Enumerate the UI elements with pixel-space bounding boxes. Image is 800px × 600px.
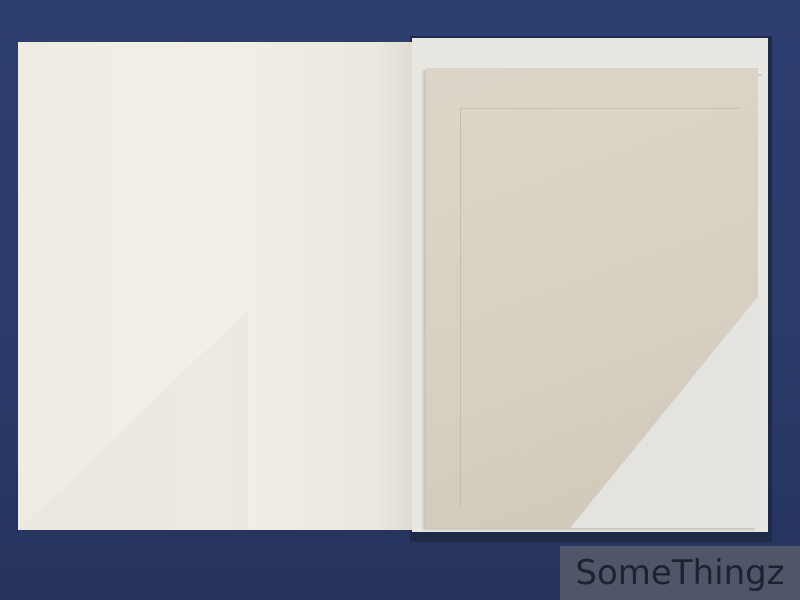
map-grid-line xyxy=(460,108,461,508)
watermark: SomeThingz xyxy=(560,546,800,600)
map-grid-line xyxy=(460,108,740,109)
open-book xyxy=(8,36,772,542)
watermark-text: SomeThingz xyxy=(575,553,784,593)
left-endpaper xyxy=(18,42,416,530)
left-pocket-fold xyxy=(18,310,248,530)
